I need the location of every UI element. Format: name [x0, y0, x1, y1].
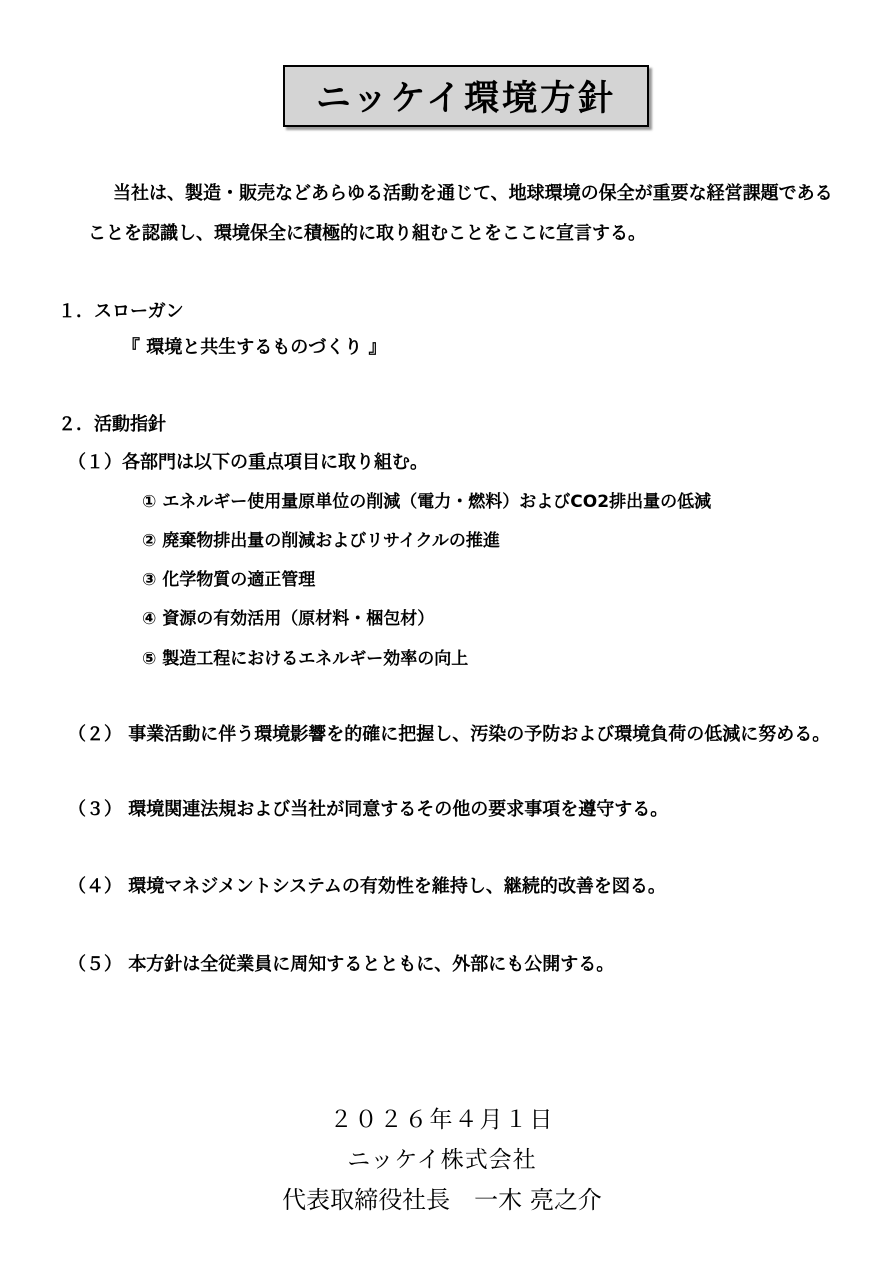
focus-item-2: ② 廃棄物排出量の削減およびリサイクルの推進	[142, 530, 500, 552]
company-name: ニッケイ株式会社	[14, 1141, 870, 1174]
page-title: ニッケイ環境方針	[316, 71, 616, 121]
section-2-heading: ２．活動指針	[58, 414, 166, 436]
slogan-text: 『 環境と共生するものづくり 』	[122, 337, 387, 359]
document-title-box: ニッケイ環境方針	[283, 65, 649, 127]
focus-item-5: ⑤ 製造工程におけるエネルギー効率の向上	[142, 648, 468, 670]
policy-item-4: （４） 環境マネジメントシステムの有効性を維持し、継続的改善を図る。	[68, 876, 666, 898]
signature-line: 代表取締役社長 一木 亮之介	[14, 1180, 870, 1215]
focus-item-1: ① エネルギー使用量原単位の削減（電力・燃料）およびCO2排出量の低減	[142, 491, 711, 513]
policy-item-2: （２） 事業活動に伴う環境影響を的確に把握し、汚染の予防および環境負荷の低減に努…	[68, 724, 830, 746]
intro-paragraph-line-1: 当社は、製造・販売などあらゆる活動を通じて、地球環境の保全が重要な経営課題である	[113, 183, 833, 205]
policy-item-5: （５） 本方針は全従業員に周知するとともに、外部にも公開する。	[68, 954, 614, 976]
policy-item-1: （１）各部門は以下の重点項目に取り組む。	[68, 452, 428, 474]
issue-date: ２０２６年４月１日	[14, 1101, 870, 1134]
focus-item-4: ④ 資源の有効活用（原材料・梱包材）	[142, 608, 434, 630]
intro-paragraph-line-2: ことを認識し、環境保全に積極的に取り組むことをここに宣言する。	[88, 223, 646, 245]
section-1-heading: １．スローガン	[58, 301, 184, 323]
focus-item-3: ③ 化学物質の適正管理	[142, 569, 315, 591]
environmental-policy-document: ニッケイ環境方針 当社は、製造・販売などあらゆる活動を通じて、地球環境の保全が重…	[0, 0, 870, 1270]
policy-item-3: （３） 環境関連法規および当社が同意するその他の要求事項を遵守する。	[68, 799, 668, 821]
